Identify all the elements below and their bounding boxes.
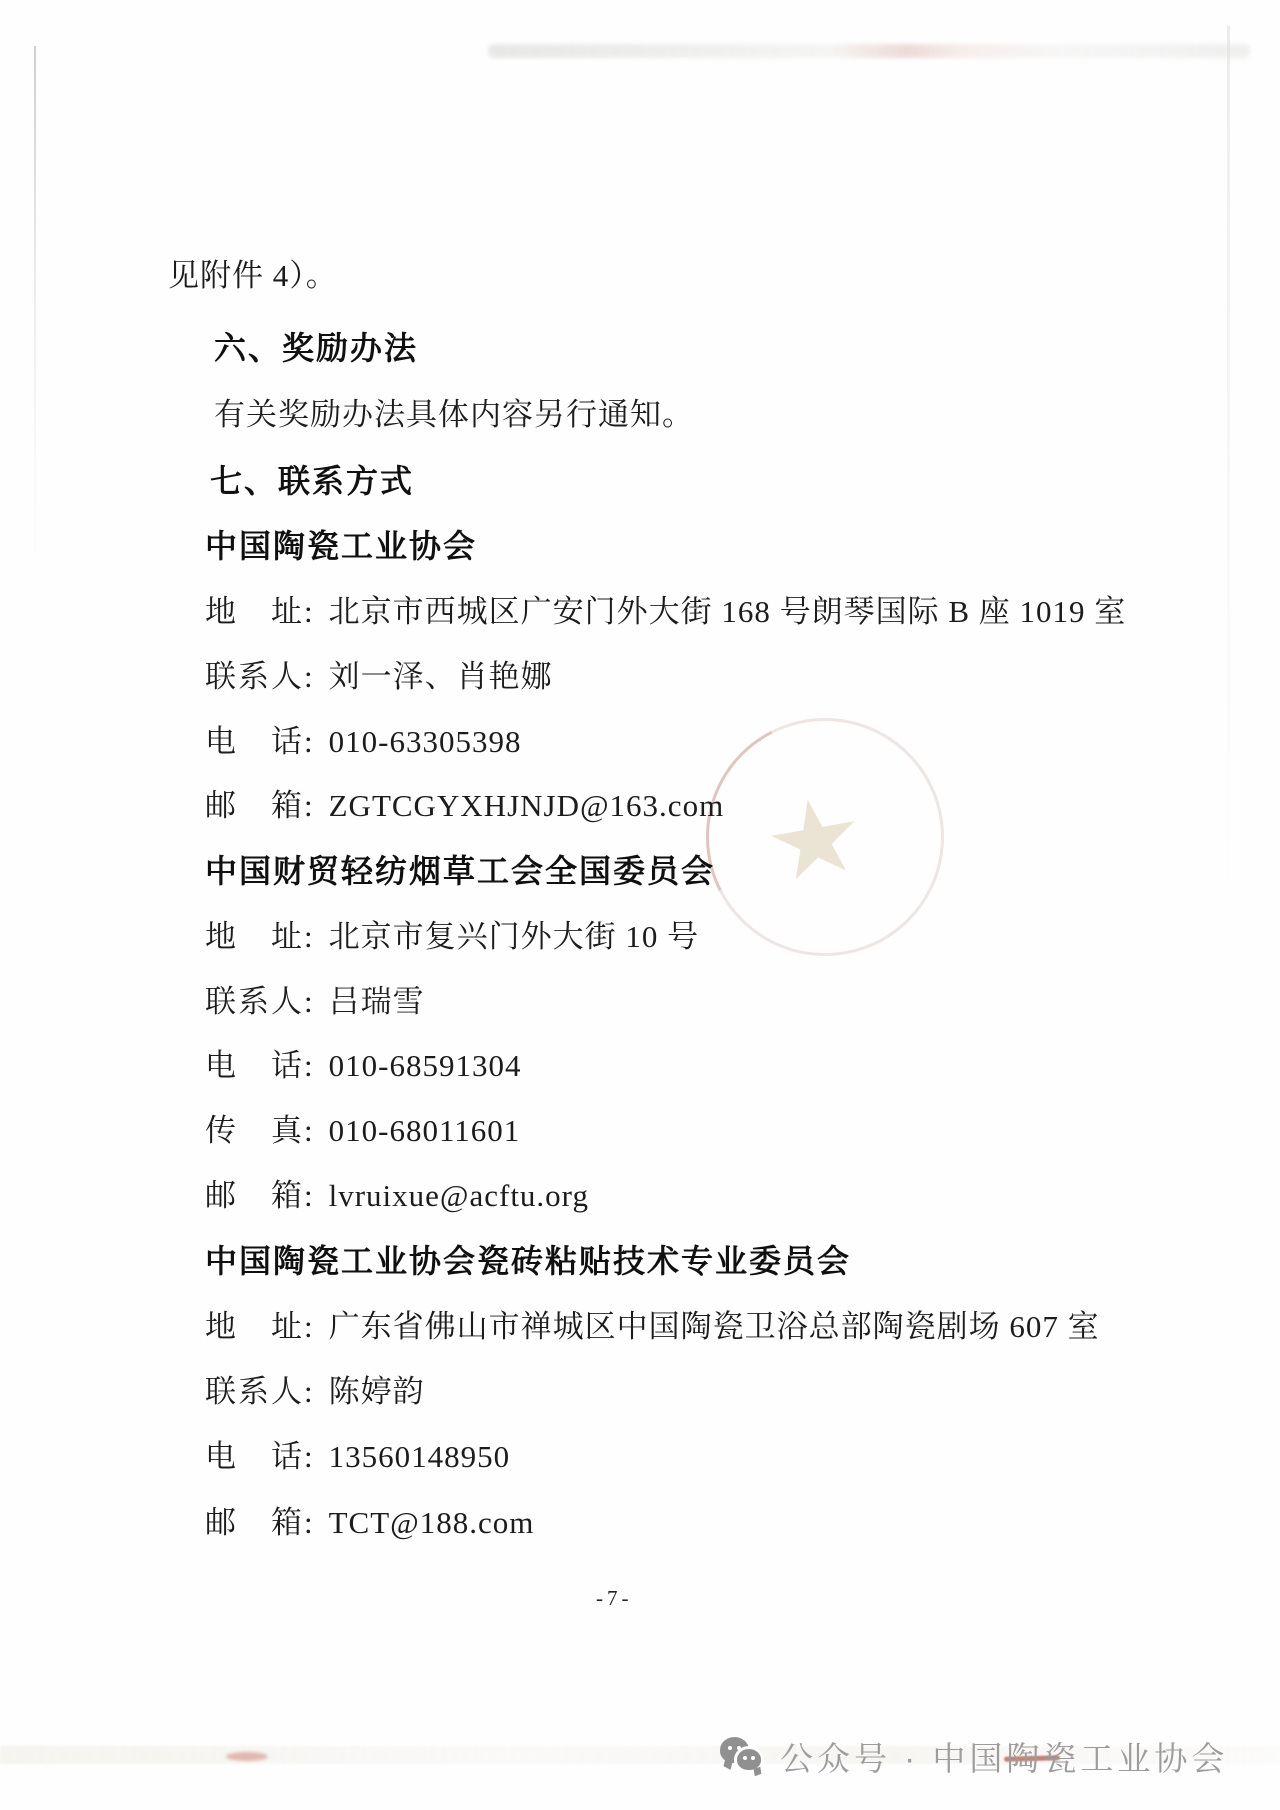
row-label: 地 址: bbox=[205, 586, 315, 631]
row-label: 电 话: bbox=[205, 1040, 315, 1085]
wechat-eye bbox=[728, 1746, 732, 1750]
contact-row-address: 地 址:北京市西城区广安门外大街 168 号朗琴国际 B 座 1019 室 bbox=[205, 586, 1126, 631]
scan-edge-line-right bbox=[1227, 26, 1230, 926]
paragraph-continuation: 见附件 4）。 bbox=[168, 250, 338, 295]
org-name: 中国陶瓷工业协会 bbox=[205, 521, 477, 567]
row-value: 吕瑞雪 bbox=[329, 976, 425, 1021]
row-value: 刘一泽、肖艳娜 bbox=[329, 651, 553, 696]
wechat-bubble-small-tail bbox=[754, 1767, 762, 1776]
row-value: ZGTCGYXHJNJD@163.com bbox=[329, 788, 725, 824]
wechat-eye bbox=[743, 1756, 747, 1760]
seal-watermark bbox=[706, 718, 944, 956]
row-label: 传 真: bbox=[205, 1105, 315, 1150]
row-value: lvruixue@acftu.org bbox=[329, 1178, 589, 1214]
contact-row-address: 地 址:北京市复兴门外大街 10 号 bbox=[205, 911, 699, 956]
row-label: 邮 箱: bbox=[205, 780, 315, 825]
contact-row-email: 邮 箱:TCT@188.com bbox=[205, 1497, 534, 1542]
row-value: 010-68011601 bbox=[329, 1113, 521, 1149]
reward-body-text: 有关奖励办法具体内容另行通知。 bbox=[214, 389, 694, 434]
row-value: 北京市复兴门外大街 10 号 bbox=[329, 911, 700, 956]
scan-edge-line-left bbox=[34, 46, 36, 586]
row-label: 地 址: bbox=[205, 911, 315, 956]
seal-arc bbox=[675, 687, 975, 987]
section-heading-contact: 七、联系方式 bbox=[210, 456, 414, 502]
contact-row-person: 联系人:陈婷韵 bbox=[205, 1366, 425, 1411]
scanned-document-page: 见附件 4）。 六、奖励办法 有关奖励办法具体内容另行通知。 七、联系方式 中国… bbox=[0, 0, 1280, 1810]
row-value: 北京市西城区广安门外大街 168 号朗琴国际 B 座 1019 室 bbox=[329, 586, 1127, 631]
contact-row-phone: 电 话:13560148950 bbox=[205, 1431, 510, 1476]
wechat-account-watermark: 公众号 · 中国陶瓷工业协会 bbox=[720, 1733, 1228, 1779]
wechat-eye bbox=[737, 1746, 741, 1750]
row-label: 电 话: bbox=[205, 716, 315, 761]
org-name: 中国财贸轻纺烟草工会全国委员会 bbox=[205, 846, 715, 892]
section-heading-reward: 六、奖励办法 bbox=[214, 323, 418, 369]
row-label: 电 话: bbox=[205, 1431, 315, 1476]
contact-row-phone: 电 话:010-63305398 bbox=[205, 716, 521, 761]
row-value: 13560148950 bbox=[329, 1439, 511, 1475]
red-ink-smudge bbox=[226, 1752, 268, 1761]
contact-row-address: 地 址:广东省佛山市禅城区中国陶瓷卫浴总部陶瓷剧场 607 室 bbox=[205, 1301, 1100, 1346]
contact-row-email: 邮 箱:ZGTCGYXHJNJD@163.com bbox=[205, 780, 724, 825]
wechat-eye bbox=[751, 1756, 755, 1760]
contact-row-phone: 电 话:010-68591304 bbox=[205, 1040, 521, 1085]
scan-smudge-top bbox=[488, 44, 1250, 58]
row-label: 联系人: bbox=[205, 651, 315, 696]
org-name: 中国陶瓷工业协会瓷砖粘贴技术专业委员会 bbox=[205, 1236, 851, 1282]
seal-star-icon bbox=[764, 792, 865, 890]
row-label: 联系人: bbox=[205, 1366, 315, 1411]
wechat-icon bbox=[720, 1735, 766, 1777]
row-value: 010-68591304 bbox=[329, 1048, 522, 1084]
contact-row-person: 联系人:刘一泽、肖艳娜 bbox=[205, 651, 553, 696]
page-number: -7- bbox=[596, 1586, 633, 1611]
row-label: 邮 箱: bbox=[205, 1170, 315, 1215]
wechat-account-label: 公众号 · 中国陶瓷工业协会 bbox=[780, 1733, 1228, 1780]
row-label: 地 址: bbox=[205, 1301, 315, 1346]
contact-row-email: 邮 箱:lvruixue@acftu.org bbox=[205, 1170, 589, 1215]
row-label: 联系人: bbox=[205, 976, 315, 1021]
contact-row-person: 联系人:吕瑞雪 bbox=[205, 976, 425, 1021]
contact-row-fax: 传 真:010-68011601 bbox=[205, 1105, 520, 1150]
row-label: 邮 箱: bbox=[205, 1497, 315, 1542]
row-value: TCT@188.com bbox=[329, 1505, 535, 1541]
row-value: 陈婷韵 bbox=[329, 1366, 425, 1411]
row-value: 广东省佛山市禅城区中国陶瓷卫浴总部陶瓷剧场 607 室 bbox=[329, 1301, 1100, 1346]
row-value: 010-63305398 bbox=[329, 724, 522, 760]
